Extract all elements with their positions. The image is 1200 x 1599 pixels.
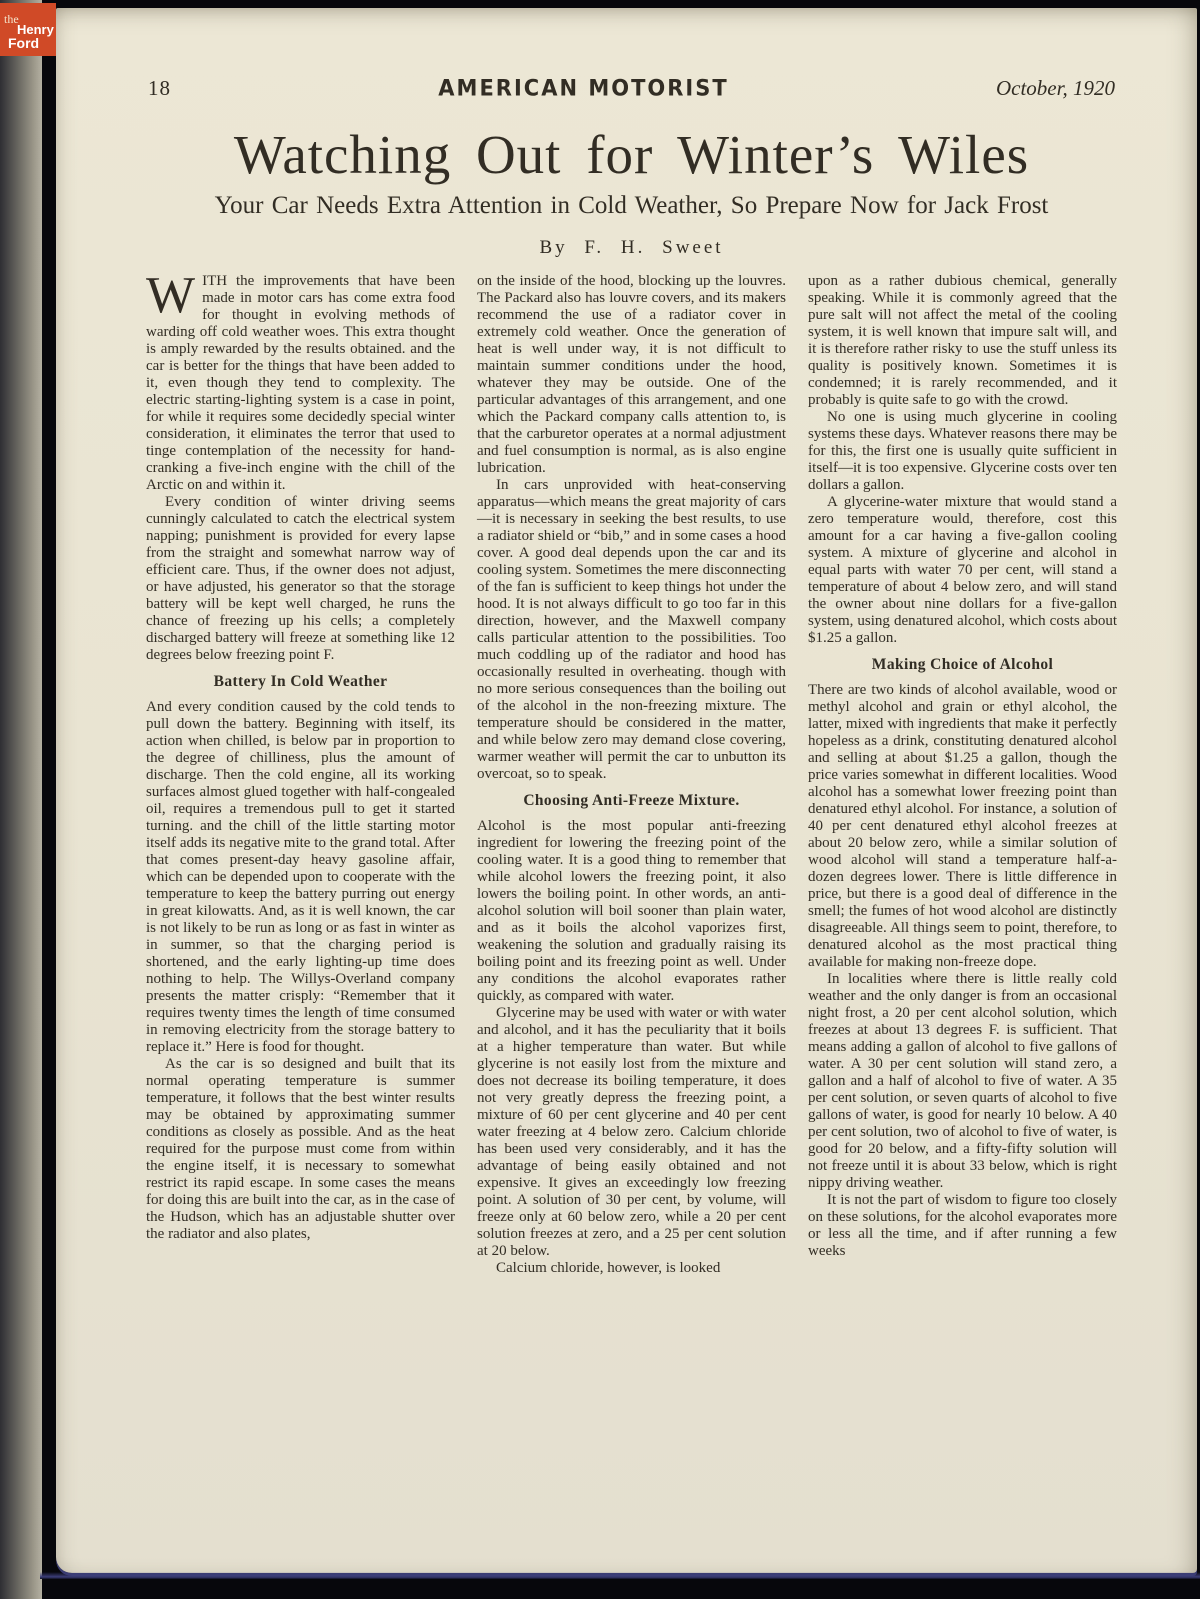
- article-byline: By F. H. Sweet: [146, 237, 1117, 259]
- scanned-page-background: 18 AMERICAN MOTORIST October, 1920 Watch…: [0, 0, 1200, 1599]
- paragraph: WITH the improvements that have been mad…: [146, 273, 455, 494]
- page-bottom-edge: [40, 1572, 1200, 1579]
- paragraph: No one is using much glycerine in coolin…: [808, 409, 1117, 494]
- article-subtitle: Your Car Needs Extra Attention in Cold W…: [146, 192, 1117, 221]
- page-number: 18: [148, 76, 171, 101]
- paragraph: In cars unprovided with heat-conserving …: [477, 477, 786, 783]
- running-header: 18 AMERICAN MOTORIST October, 1920: [148, 76, 1115, 101]
- paragraph: A glycerine-water mixture that would sta…: [808, 494, 1117, 647]
- paragraph: upon as a rather dubious chemical, gener…: [808, 273, 1117, 409]
- article-title: Watching Out for Winter’s Wiles: [146, 127, 1117, 182]
- drop-cap: W: [146, 273, 202, 316]
- paragraph: And every condition caused by the cold t…: [146, 699, 455, 1056]
- logo-text-ford: Ford: [8, 36, 39, 50]
- issue-date: October, 1920: [996, 76, 1115, 101]
- paragraph: Alcohol is the most popular anti-freezin…: [477, 818, 786, 1005]
- paragraph: Calcium chloride, however, is looked: [477, 1260, 786, 1277]
- paragraph: As the car is so designed and built that…: [146, 1056, 455, 1243]
- text-column: WITH the improvements that have been mad…: [146, 273, 455, 1445]
- paragraph: on the inside of the hood, blocking up t…: [477, 273, 786, 477]
- text-column: on the inside of the hood, blocking up t…: [477, 273, 786, 1445]
- henry-ford-logo: the Henry Ford: [0, 3, 56, 56]
- section-heading: Choosing Anti-Freeze Mixture.: [477, 792, 786, 810]
- magazine-page: 18 AMERICAN MOTORIST October, 1920 Watch…: [56, 8, 1197, 1573]
- paragraph: There are two kinds of alcohol available…: [808, 682, 1117, 971]
- paragraph: Every condition of winter driving seems …: [146, 494, 455, 664]
- text-column: upon as a rather dubious chemical, gener…: [808, 273, 1117, 1445]
- article-columns: WITH the improvements that have been mad…: [146, 273, 1117, 1445]
- section-heading: Making Choice of Alcohol: [808, 656, 1117, 674]
- paragraph: Glycerine may be used with water or with…: [477, 1005, 786, 1260]
- book-spine-shadow: [0, 0, 42, 1599]
- paragraph: In localities where there is little real…: [808, 971, 1117, 1192]
- section-heading: Battery In Cold Weather: [146, 673, 455, 691]
- paragraph: It is not the part of wisdom to figure t…: [808, 1192, 1117, 1260]
- magazine-masthead: AMERICAN MOTORIST: [438, 75, 728, 100]
